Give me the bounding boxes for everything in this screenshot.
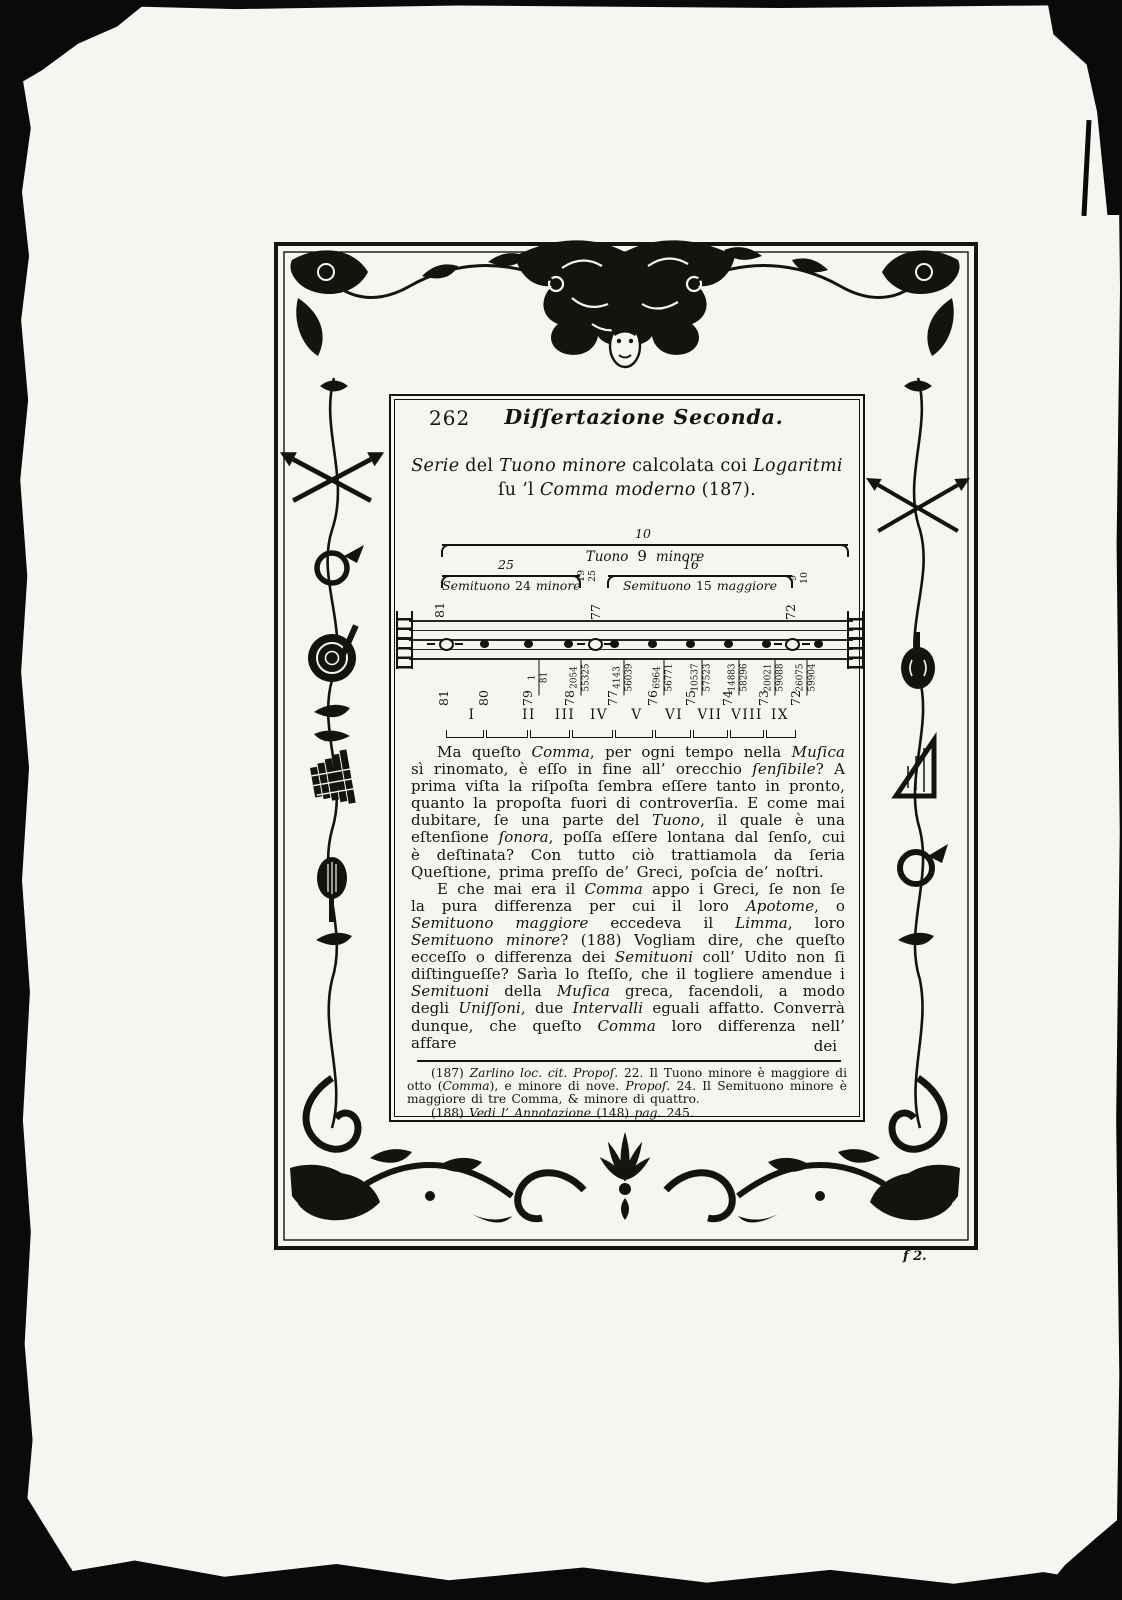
note-74 [724, 640, 733, 648]
paragraph-1: Ma queſto Comma, per ogni tempo nella Mu… [411, 744, 845, 881]
note-75 [686, 640, 695, 648]
scan-edge-top [55, 0, 1065, 13]
semitone-minor-bracket [442, 575, 580, 577]
interval-tick [486, 730, 528, 738]
scan-edge-bottom [0, 1542, 1122, 1600]
scan-edge-left [0, 0, 44, 1600]
note-80 [480, 640, 489, 648]
interval-numeral: V [617, 707, 657, 723]
running-title: Diſſertazione Seconda. [391, 405, 863, 429]
ornament-bottom-band [298, 1132, 952, 1223]
section-title-line1: Serie del Tuono minore calcolata coi Log… [391, 454, 863, 478]
interval-numeral: II [509, 707, 549, 723]
tone-fraction-denominator: 9 [628, 547, 656, 565]
note-dash [774, 643, 782, 645]
staff-line [409, 630, 853, 632]
footnotes: (187) Zarlino loc. cit. Propoſ. 22. Il T… [407, 1067, 847, 1120]
interval-tick [693, 730, 728, 738]
interval-tick [615, 730, 653, 738]
interval-numeral: IV [579, 707, 619, 723]
section-title-line2: ſu ’l Comma moderno (187). [391, 478, 863, 502]
interval-numeral: IX [760, 707, 800, 723]
interval-tick [572, 730, 613, 738]
note-dash [427, 643, 435, 645]
note-dash [577, 643, 585, 645]
arrow-icon [875, 472, 974, 537]
hunting-horn-icon [900, 852, 932, 884]
whole-note-boundary [588, 638, 603, 651]
series-number: 81 [437, 685, 451, 711]
footnote-187: (187) Zarlino loc. cit. Propoſ. 22. Il T… [407, 1067, 847, 1107]
tone-series-diagram: 10 Tuono9minore 25 Semituono24minore 16 … [391, 514, 863, 744]
signature-mark: f 2. [903, 1249, 927, 1264]
mandolin-icon [317, 857, 347, 922]
interval-tick [766, 730, 796, 738]
semitone-minor-numerator: 25 [491, 557, 521, 572]
note-dash [455, 643, 463, 645]
body-text: Ma queſto Comma, per ogni tempo nella Mu… [411, 744, 845, 1052]
staff-line [409, 620, 853, 622]
marker-72-fraction: 910 [789, 565, 809, 591]
scan-edge-top-right [1018, 0, 1122, 215]
scanned-book-page: 262 Diſſertazione Seconda. Serie del Tuo… [0, 0, 1122, 1600]
footnote-188: (188) Vedi l’ Annotazione (148) pag. 245… [407, 1107, 847, 1120]
interval-numeral: VII [690, 707, 730, 723]
section-title: Serie del Tuono minore calcolata coi Log… [391, 454, 863, 502]
catchword: dei [814, 1037, 837, 1055]
semitone-major-bracket [608, 575, 792, 577]
note-77 [610, 640, 619, 648]
note-79 [524, 640, 533, 648]
lute-icon [308, 624, 359, 682]
whole-note-boundary [785, 638, 800, 651]
footnote-rule [417, 1060, 841, 1062]
interval-numeral: VI [654, 707, 694, 723]
tone-fraction-numerator: 10 [628, 526, 658, 541]
note-dash [802, 643, 810, 645]
semitone-major-label: Semituono15maggiore [608, 578, 792, 593]
scan-edge-bottom-right [1036, 1516, 1122, 1600]
semitone-minor-label: Semituono24minore [442, 578, 580, 593]
semitone-major-numerator: 16 [676, 557, 706, 572]
note-76 [648, 640, 657, 648]
panpipes-icon [308, 749, 359, 809]
scan-scratch-mark [1081, 120, 1091, 216]
note-73 [762, 640, 771, 648]
text-block: 262 Diſſertazione Seconda. Serie del Tuo… [389, 394, 865, 1122]
scan-edge-top-left [0, 0, 150, 95]
interval-tick [446, 730, 484, 738]
horn-icon [317, 553, 347, 583]
tone-bracket [442, 544, 848, 546]
interval-numeral: I [452, 707, 492, 723]
note-78 [564, 640, 573, 648]
marker-77-fraction: 1925 [577, 563, 597, 589]
ornament-top-cartouche [290, 240, 959, 367]
scan-edge-right [1113, 0, 1122, 1600]
palmette [597, 1132, 653, 1220]
interval-tick [730, 730, 764, 738]
viol-icon [901, 632, 935, 689]
whole-note-81 [439, 638, 454, 651]
interval-tick [655, 730, 691, 738]
paragraph-2: E che mai era il Comma appo i Greci, ſe … [411, 881, 845, 1052]
note-72 [814, 640, 823, 648]
interval-tick [530, 730, 570, 738]
